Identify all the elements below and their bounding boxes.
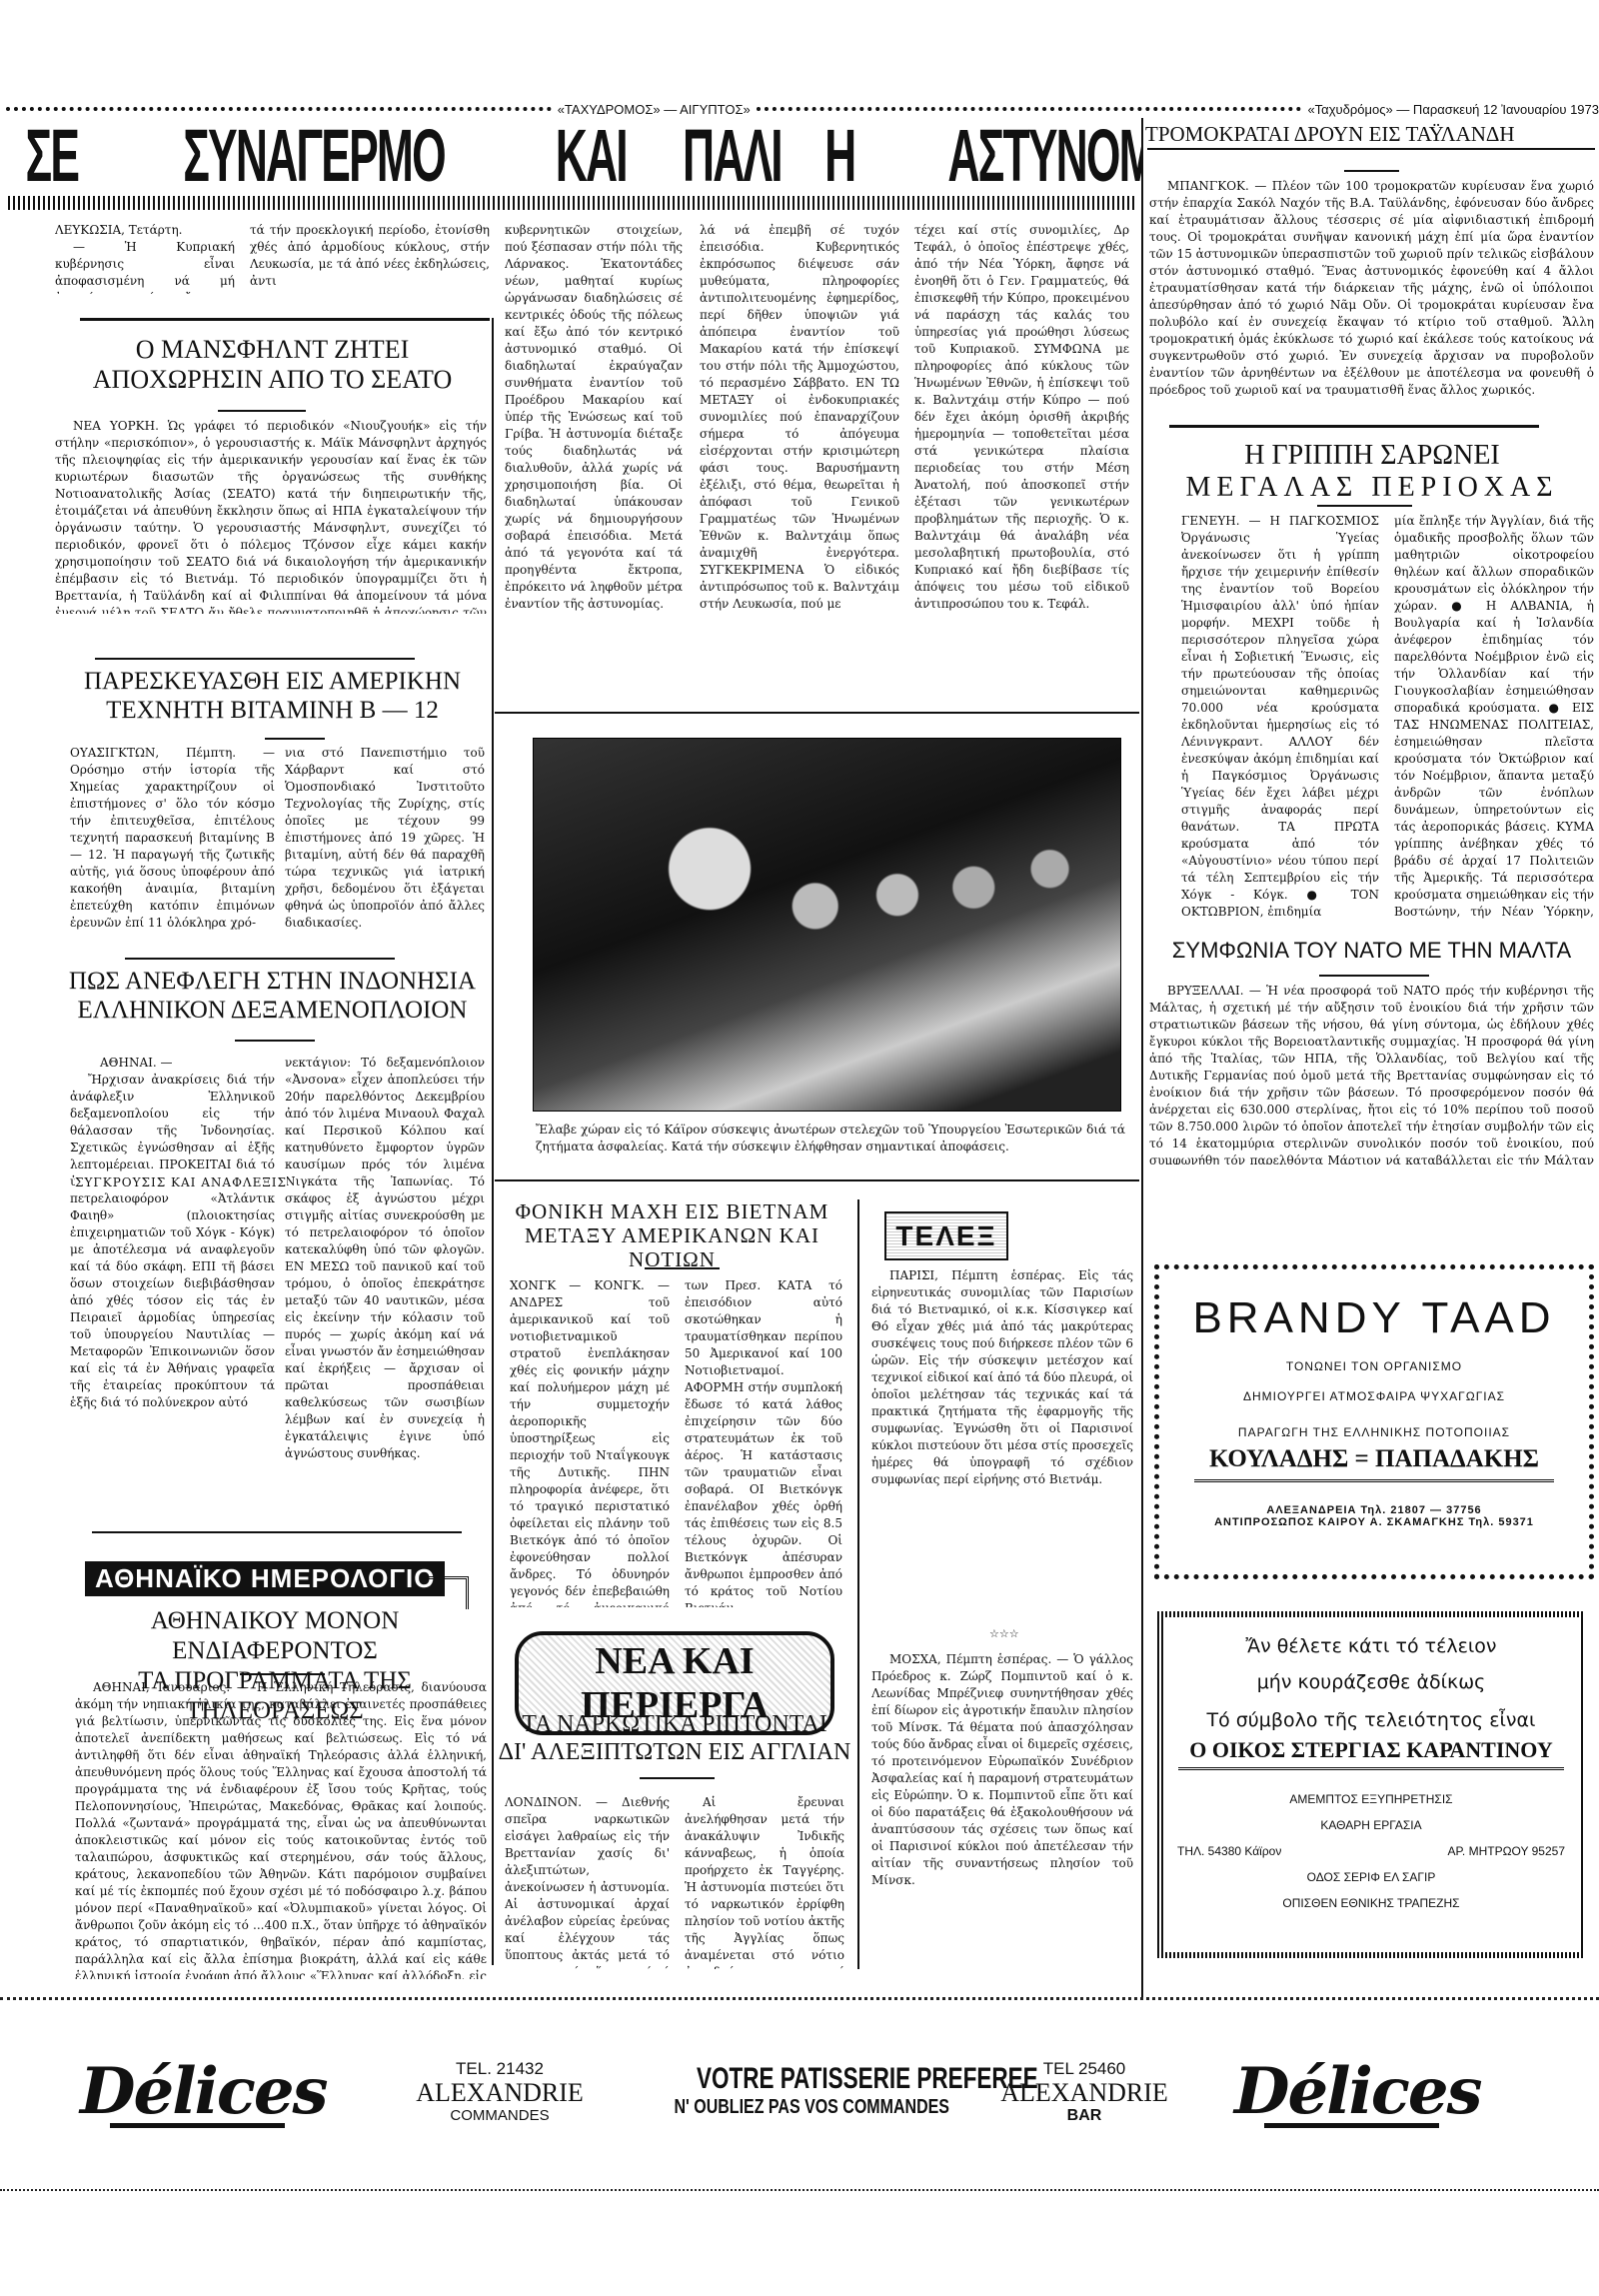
thailand-body: ΜΠΑΝΓΚΟΚ. — Πλέον τῶν 100 τρομοκρατῶν κυ…: [1149, 178, 1594, 396]
article-text: ΑΘΗΝΑΙ, Ἰανουάριος. — Ἡ Ἑλληνική Τηλεόρα…: [75, 1679, 487, 1979]
headline-line: ΑΘΗΝΑΙΚΟΥ ΜΟΝΟΝ ΕΝΔΙΑΦΕΡΟΝΤΟΣ: [60, 1606, 490, 1666]
lead-text: τέχει καί στίς συνομιλίες, Δρ Τεφάλ, ὁ ὁ…: [914, 222, 1129, 613]
vitamin-headline: ΠΑΡΕΣΚΕΥΑΣΘΗ ΕΙΣ ΑΜΕΡΙΚΗΝ ΤΕΧΝΗΤΗ ΒΙΤΑΜΙ…: [55, 668, 490, 726]
lead-headline-word: ΚΑΙ: [556, 120, 627, 192]
athens-diary-body: ΑΘΗΝΑΙ, Ἰανουάριος. — Ἡ Ἑλληνική Τηλεόρα…: [75, 1679, 487, 1979]
lead-text: λά νά ἐπεμβῆ σέ τυχόν ἐπεισόδια. Κυβερνη…: [700, 222, 899, 613]
ad-address: ΟΠΙΣΘΕΝ ΕΘΝΙΚΗΣ ΤΡΑΠΕΖΗΣ: [1163, 1896, 1579, 1910]
short-rule: [1319, 975, 1429, 977]
ad-phone: ΤΗΛ. 54380 Κάϊρον: [1177, 1844, 1281, 1858]
contact-row: ΤΗΛ. 54380 Κάϊρον ΑΡ. ΜΗΤΡΩΟΥ 95257: [1177, 1844, 1565, 1858]
headline-line: ΠΩΣ ΑΝΕΦΛΕΓΗ ΣΤΗΝ ΙΝΔΟΝΗΣΙΑ: [55, 968, 490, 997]
headline-line: ΠΑΡΕΣΚΕΥΑΣΘΗ ΕΙΣ ΑΜΕΡΙΚΗΝ: [55, 668, 490, 697]
vietnam-headline: ΦΟΝΙΚΗ ΜΑΧΗ ΕΙΣ ΒΙΕΤΝΑΜ ΜΕΤΑΞΥ ΑΜΕΡΙΚΑΝΩ…: [495, 1199, 849, 1271]
ad-line: ΔΗΜΙΟΥΡΓΕΙ ΑΤΜΟΣΦΑΙΡΑ ΨΥΧΑΓΩΓΙΑΣ: [1159, 1389, 1589, 1403]
article-text: ΓΕΝΕΥΗ. — Η ΠΑΓΚΟΣΜΙΟΣ Ὀργάνωσις Ὑγείας …: [1181, 513, 1379, 921]
short-rule: [240, 1673, 325, 1675]
photo-caption: Ἔλαβε χώραν εἰς τό Κάϊρον σύσκεψις ἀνωτέ…: [536, 1122, 1125, 1161]
brandy-ad: BRANDY TAAD ΤΟΝΩΝΕΙ ΤΟΝ ΟΡΓΑΝΙΣΜΟ ΔΗΜΙΟΥ…: [1154, 1264, 1594, 1579]
lead-col-2: τά τήν προεκλογική περίοδο, ἐτονίσθη χθέ…: [250, 222, 490, 294]
telex-banner: ΤΕΛΕΞ: [884, 1211, 1008, 1260]
hatch-rule: [8, 196, 1137, 210]
banner-text: ΑΘΗΝΑΪΚΟ ΗΜΕΡΟΛΟΓΙΟ: [85, 1561, 445, 1596]
headline-line: ΑΠΟΧΩΡΗΣΙΝ ΑΠΟ ΤΟ ΣΕΑΤΟ: [55, 365, 490, 395]
lead-col-3: κυβερνητικῶν στοιχείων, πού ξέσπασαν στή…: [505, 222, 683, 720]
indonesia-headline: ΠΩΣ ΑΝΕΦΛΕΓΗ ΣΤΗΝ ΙΝΔΟΝΗΣΙΑ ΕΛΛΗΝΙΚΟΝ ΔΕ…: [55, 968, 490, 1026]
section-rule: [1147, 148, 1595, 150]
article-text: Ἤρχισαν ἀνακρίσεις διά τήν ἀνάφλεξιν Ἑλλ…: [70, 1072, 275, 1411]
lead-col-5: τέχει καί στίς συνομιλίες, Δρ Τεφάλ, ὁ ὁ…: [914, 222, 1129, 720]
article-text: Αἱ ἔρευναι ἀνελήφθησαν μετά τήν ἀνακάλυψ…: [685, 1794, 844, 1969]
logo-text: Délices: [80, 2054, 327, 2129]
dotted-rule: [0, 1997, 1599, 2000]
lead-col-4: λά νά ἐπεμβῆ σέ τυχόν ἐπεισόδια. Κυβερνη…: [700, 222, 899, 720]
headline-line: ΤΕΧΝΗΤΗ ΒΙΤΑΜΙΝΗ Β — 12: [55, 697, 490, 726]
telex-moscow: ΜΟΣΧΑ, Πέμπτη ἑσπέρας. — Ὁ γάλλος Πρόεδρ…: [871, 1651, 1133, 1969]
lead-headline-word: ΣΕ: [26, 120, 79, 192]
headline-line: ΦΟΝΙΚΗ ΜΑΧΗ ΕΙΣ ΒΙΕΤΝΑΜ: [495, 1199, 849, 1223]
headline-line: ΔΙ' ΑΛΕΞΙΠΤΩΤΩΝ ΕΙΣ ΑΓΓΛΙΑΝ: [495, 1739, 854, 1767]
headline-line: ΜΕΓΑΛΑΣ ΠΕΡΙΟΧΑΣ: [1145, 472, 1599, 504]
lead-headline-word: ΑΣΤΥΝΟΜΙΑ: [947, 120, 1142, 192]
column-divider: [1141, 118, 1143, 1997]
article-text: ΜΠΑΝΓΚΟΚ. — Πλέον τῶν 100 τρομοκρατῶν κυ…: [1149, 178, 1594, 396]
ad-line: Ἄν θέλετε κάτι τό τέλειον: [1163, 1635, 1579, 1657]
article-text: μία ἔπληξε τήν Ἀγγλίαν, διά τῆς ὁμαδικῆς…: [1394, 513, 1594, 923]
ad-line: μήν κουράζεσθε ἀδίκως: [1163, 1671, 1579, 1693]
short-rule: [235, 1040, 315, 1042]
separator-stars: ☆☆☆: [989, 1627, 1019, 1640]
ad-slogan: N' OUBLIEZ PAS VOS COMMANDES: [674, 2096, 949, 2119]
headline-line: ΤΑ ΝΑΡΚΩΤΙΚΑ ΡΙΠΤΟΝΤΑΙ: [495, 1711, 854, 1739]
dotted-rule: [6, 107, 552, 111]
short-rule: [265, 738, 325, 740]
ad-sub: COMMANDES: [415, 2107, 585, 2124]
article-text: ΠΑΡΙΣΙ, Πέμπτη ἑσπέρας. Εἰς τάς εἰρηνευτ…: [871, 1267, 1133, 1488]
double-rule: [1178, 1767, 1564, 1770]
headline-line: ΕΛΛΗΝΙΚΟΝ ΔΕΞΑΜΕΝΟΠΛΟΙΟΝ: [55, 997, 490, 1026]
ad-line: Τό σύμβολο τῆς τελειότητος εἶναι: [1163, 1709, 1579, 1731]
ad-line: ΠΑΡΑΓΩΓΗ ΤΗΣ ΕΛΛΗΝΙΚΗΣ ΠΟΤΟΠΟΙΙΑΣ: [1159, 1425, 1589, 1439]
dotted-rule: [757, 107, 1302, 111]
ad-contact: ΑΝΤΙΠΡΟΣΩΠΟΣ ΚΑΙΡΟΥ Α. ΣΚΑΜΑΓΚΗΣ Τηλ. 59…: [1159, 1516, 1589, 1528]
article-text: ΜΟΣΧΑ, Πέμπτη ἑσπέρας. — Ὁ γάλλος Πρόεδρ…: [871, 1651, 1133, 1889]
headline-line: ΜΕΤΑΞΥ ΑΜΕΡΙΚΑΝΩΝ ΚΑΙ ΝΟΤΙΩΝ: [495, 1223, 849, 1271]
vitamin-col-1: ΟΥΑΣΙΓΚΤΩΝ, Πέμπτη. — Ορόσημο στήν ἱστορ…: [70, 745, 275, 945]
vitamin-col-2: νια στό Πανεπιστήμιο τοῦ Χάρβαρντ καί στ…: [285, 745, 485, 945]
lead-col-1: ΛΕΥΚΩΣΙΑ, Τετάρτη. — Ἡ Κυπριακή κυβέρνησ…: [55, 222, 235, 294]
column-divider: [492, 318, 494, 1965]
lead-headline: ΣΕ ΣΥΝΑΓΕΡΜΟ ΚΑΙ ΠΑΛΙ Η ΑΣΤΥΝΟΜΙΑ ΤΗΣ ΚΥ…: [8, 120, 1142, 192]
ad-line: ΤΟΝΩΝΕΙ ΤΟΝ ΟΡΓΑΝΙΣΜΟ: [1159, 1359, 1589, 1373]
ad-registry: ΑΡ. ΜΗΤΡΩΟΥ 95257: [1447, 1844, 1565, 1858]
vietnam-col-1: ΧΟΝΓΚ — ΚΟΝΓΚ. — ΑΝΔΡΕΣ τοῦ ἀμερικανικοῦ…: [510, 1277, 670, 1607]
lead-headline-word: ΣΥΝΑΓΕΡΜΟ: [183, 120, 445, 192]
article-text: νεκτάγιον: Τό δεξαμενόπλοιον «Ἀνσονα» εἶ…: [285, 1055, 485, 1462]
ad-sub: BAR: [999, 2107, 1169, 2125]
section-rule: [1169, 425, 1539, 428]
karantinos-ad: Ἄν θέλετε κάτι τό τέλειον μήν κουράζεσθε…: [1157, 1611, 1585, 1958]
delices-right-contact: TEL 25460 ALEXANDRIE BAR: [999, 2059, 1169, 2125]
logo-text: Délices: [1234, 2054, 1481, 2129]
masthead-center: «ΤΑΧΥΔΡΟΜΟΣ» — ΑΙΓΥΠΤΟΣ»: [558, 102, 751, 117]
ad-line: ΑΜΕΜΠΤΟΣ ΕΞΥΠΗΡΕΤΗΣΙΣ: [1163, 1792, 1579, 1806]
lead-headline-word: Η: [824, 120, 854, 192]
flu-headline: Η ΓΡΙΠΠΗ ΣΑΡΩΝΕΙ ΜΕΓΑΛΑΣ ΠΕΡΙΟΧΑΣ: [1145, 440, 1599, 504]
curiosities-col-2: Αἱ ἔρευναι ἀνελήφθησαν μετά τήν ἀνακάλυψ…: [685, 1794, 844, 1969]
curiosities-col-1: ΛΟΝΔΙΝΟΝ. — Διεθνής σπεῖρα ναρκωτικῶν εἰ…: [505, 1794, 670, 1969]
brandy-brand: ΚΟΥΛΑΔΗΣ = ΠΑΠΑΔΑΚΗΣ: [1159, 1445, 1589, 1473]
mansfield-body: ΝΕΑ ΥΟΡΚΗ. Ὡς γράφει τό περιοδικόν «Νιου…: [55, 418, 487, 614]
lead-text: — Ἡ Κυπριακή κυβέρνησις εἶναι ἀποφασισμέ…: [55, 239, 235, 294]
ad-slogan: VOTRE PATISSERIE PREFEREE: [697, 2062, 1038, 2096]
athens-diary-banner: ΑΘΗΝΑΪΚΟ ΗΜΕΡΟΛΟΓΙΟ: [85, 1561, 445, 1596]
double-rule: [1194, 1479, 1554, 1482]
short-rule: [1317, 505, 1412, 507]
ad-city: ALEXANDRIE: [415, 2079, 585, 2107]
delices-left-contact: TEL. 21432 ALEXANDRIE COMMANDES: [415, 2059, 585, 2124]
news-photo: [533, 738, 1121, 1112]
article-text: ΧΟΝΓΚ — ΚΟΝΓΚ. — ΑΝΔΡΕΣ τοῦ ἀμερικανικοῦ…: [510, 1277, 670, 1607]
nato-headline: ΣΥΜΦΩΝΙΑ ΤΟΥ ΝΑΤΟ ΜΕ ΤΗΝ ΜΑΛΤΑ: [1149, 938, 1594, 963]
corner-ornament: [428, 1576, 469, 1609]
short-rule: [218, 410, 306, 412]
headline-line: Ο ΜΑΝΣΦΗΛΝΤ ΖΗΤΕΙ: [55, 335, 490, 365]
article-text: ΝΕΑ ΥΟΡΚΗ. Ὡς γράφει τό περιοδικόν «Νιου…: [55, 418, 487, 614]
headline-line: Η ΓΡΙΠΠΗ ΣΑΡΩΝΕΙ: [1145, 440, 1599, 472]
masthead-date: «Ταχυδρόμος» — Παρασκευή 12 Ἰανουαρίου 1…: [1307, 102, 1599, 117]
ad-city: ALEXANDRIE: [999, 2079, 1169, 2107]
ad-phone: TEL 25460: [999, 2059, 1169, 2079]
ad-address: ΟΔΟΣ ΣΕΡΙΦ ΕΛ ΣΑΓΙΡ: [1163, 1870, 1579, 1884]
delices-logo-right: Délices: [1234, 2054, 1481, 2128]
lead-text: κυβερνητικῶν στοιχείων, πού ξέσπασαν στή…: [505, 222, 683, 613]
lead-headline-word: ΠΑΛΙ: [683, 120, 782, 192]
column-divider: [857, 1199, 859, 1969]
brandy-title: BRANDY TAAD: [1159, 1293, 1589, 1343]
delices-slogan: VOTRE PATISSERIE PREFEREE N' OUBLIEZ PAS…: [640, 2062, 969, 2119]
article-text: νια στό Πανεπιστήμιο τοῦ Χάρβαρντ καί στ…: [285, 745, 485, 932]
thailand-headline: ΤΡΟΜΟΚΡΑΤΑΙ ΔΡΟΥΝ ΕΙΣ ΤΑΫΛΑΝΔΗ: [1145, 122, 1599, 146]
ad-contact: ΑΛΕΞΑΝΔΡΕΙΑ Τηλ. 21807 — 37756: [1159, 1504, 1589, 1516]
article-text: ΒΡΥΞΕΛΛΑΙ. — Ἡ νέα προσφορά τοῦ ΝΑΤΟ πρό…: [1149, 983, 1594, 1164]
curiosities-headline: ΤΑ ΝΑΡΚΩΤΙΚΑ ΡΙΠΤΟΝΤΑΙ ΔΙ' ΑΛΕΞΙΠΤΩΤΩΝ Ε…: [495, 1711, 854, 1766]
flu-col-2: μία ἔπληξε τήν Ἀγγλίαν, διά τῆς ὁμαδικῆς…: [1394, 513, 1594, 923]
article-text: ΟΥΑΣΙΓΚΤΩΝ, Πέμπτη. — Ορόσημο στήν ἱστορ…: [70, 745, 275, 932]
short-rule: [1344, 170, 1399, 172]
ad-line: ΚΑΘΑΡΗ ΕΡΓΑΣΙΑ: [1163, 1818, 1579, 1832]
vietnam-col-2: των Πρεσ. ΚΑΤΑ τό ἐπεισόδιον αὐτό σκοτώθ…: [685, 1277, 842, 1607]
indonesia-col-1: ΑΘΗΝΑΙ. — Ἤρχισαν ἀνακρίσεις διά τήν ἀνά…: [70, 1055, 275, 1494]
mansfield-headline: Ο ΜΑΝΣΦΗΛΝΤ ΖΗΤΕΙ ΑΠΟΧΩΡΗΣΙΝ ΑΠΟ ΤΟ ΣΕΑΤ…: [55, 335, 490, 395]
short-rule: [645, 1267, 720, 1269]
ad-phone: TEL. 21432: [415, 2059, 585, 2079]
lead-dateline: ΛΕΥΚΩΣΙΑ, Τετάρτη.: [55, 222, 235, 239]
flu-col-1: ΓΕΝΕΥΗ. — Η ΠΑΓΚΟΣΜΙΟΣ Ὀργάνωσις Ὑγείας …: [1181, 513, 1379, 923]
article-text: ΛΟΝΔΙΝΟΝ. — Διεθνής σπεῖρα ναρκωτικῶν εἰ…: [505, 1794, 670, 1969]
section-rule: [92, 1531, 462, 1533]
caption-text: Ἔλαβε χώραν εἰς τό Κάϊρον σύσκεψις ἀνωτέ…: [536, 1122, 1125, 1155]
dateline: ΑΘΗΝΑΙ. —: [70, 1055, 275, 1072]
delices-logo-left: Délices: [80, 2054, 327, 2128]
nato-body: ΒΡΥΞΕΛΛΑΙ. — Ἡ νέα προσφορά τοῦ ΝΑΤΟ πρό…: [1149, 983, 1594, 1164]
dotted-rule: [0, 2189, 1599, 2191]
section-rule: [125, 958, 395, 960]
section-rule: [95, 658, 415, 660]
telex-paris: ΠΑΡΙΣΙ, Πέμπτη ἑσπέρας. Εἰς τάς εἰρηνευτ…: [871, 1267, 1133, 1597]
section-rule: [495, 712, 1139, 714]
short-rule: [640, 1777, 715, 1779]
section-rule: [495, 1179, 1139, 1181]
section-rule: [80, 318, 490, 321]
indonesia-col-2: νεκτάγιον: Τό δεξαμενόπλοιον «Ἀνσονα» εἶ…: [285, 1055, 485, 1494]
article-text: των Πρεσ. ΚΑΤΑ τό ἐπεισόδιον αὐτό σκοτώθ…: [685, 1277, 842, 1607]
indonesia-subhead: ΣΥΓΚΡΟΥΣΙΣ ΚΑΙ ΑΝΑΦΛΕΞΙΣ: [75, 1175, 287, 1189]
masthead: «ΤΑΧΥΔΡΟΜΟΣ» — ΑΙΓΥΠΤΟΣ» «Ταχυδρόμος» — …: [0, 100, 1599, 118]
karantinos-brand: Ο ΟΙΚΟΣ ΣΤΕΡΓΙΑΣ ΚΑΡΑΝΤΙΝΟΥ: [1163, 1737, 1579, 1763]
lead-text: τά τήν προεκλογική περίοδο, ἐτονίσθη χθέ…: [250, 222, 490, 290]
